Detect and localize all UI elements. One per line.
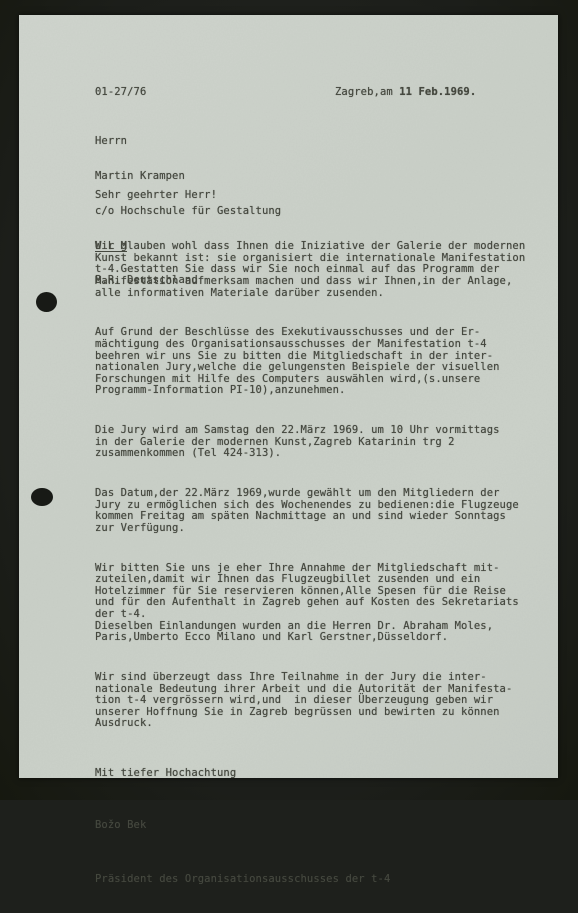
closing-line: Mit tiefer Hochachtung	[95, 768, 547, 780]
paragraph-2: Auf Grund der Beschlüsse des Exekutivaus…	[95, 327, 547, 397]
salutation: Sehr geehrter Herr!	[95, 190, 217, 202]
paragraph-1: Wir glauben wohl dass Ihnen die Iniziati…	[95, 241, 547, 299]
reference-number: 01-27/76	[95, 87, 146, 99]
recipient-name: Martin Krampen	[95, 171, 281, 183]
paragraph-3: Die Jury wird am Samstag den 22.März 196…	[95, 425, 547, 460]
paragraph-5: Wir bitten Sie uns je eher Ihre Annahme …	[95, 563, 547, 644]
paragraph-4: Das Datum,der 22.März 1969,wurde gewählt…	[95, 488, 547, 534]
recipient-salutation-line: Herrn	[95, 136, 281, 148]
recipient-institution: c/o Hochschule für Gestaltung	[95, 206, 281, 218]
date-value: 11 Feb.1969.	[393, 86, 476, 98]
date-line: Zagreb,am 11 Feb.1969.	[335, 87, 476, 99]
hole-punch-bottom	[31, 488, 53, 506]
letter-paper: 01-27/76 Zagreb,am 11 Feb.1969. Herrn Ma…	[19, 15, 558, 778]
date-place: Zagreb,am	[335, 86, 393, 98]
letter-body: Wir glauben wohl dass Ihnen die Iniziati…	[95, 218, 547, 800]
hole-punch-top	[36, 292, 57, 312]
paragraph-6: Wir sind überzeugt dass Ihre Teilnahme i…	[95, 672, 547, 730]
